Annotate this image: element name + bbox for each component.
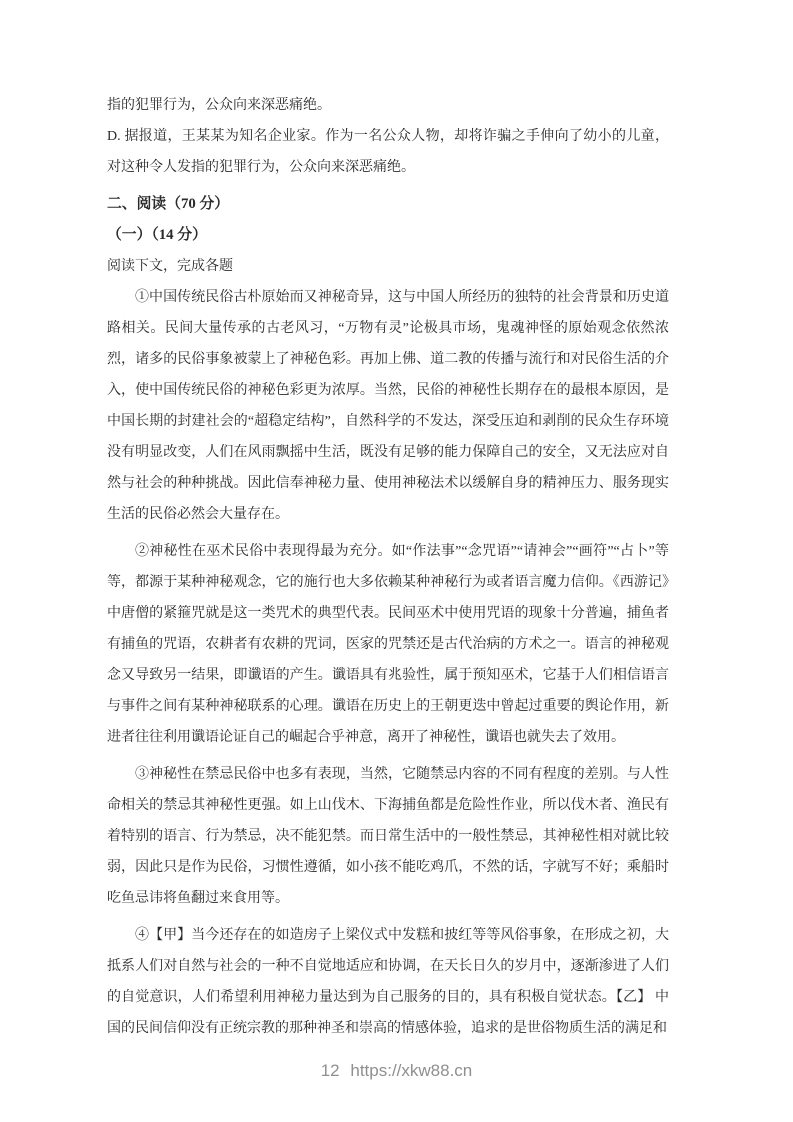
section-heading: 二、阅读（70 分） [107,189,669,220]
page-number: 12 [321,1061,340,1080]
reading-instruction: 阅读下文，完成各题 [107,251,669,282]
footer-url: https://xkw88.cn [350,1061,472,1080]
exam-content: 指的犯罪行为，公众向来深恶痛绝。 D. 据报道，王某某为知名企业家。作为一名公众… [107,90,669,1044]
passage-paragraph-4: ④【甲】当今还存在的如造房子上梁仪式中发糕和披红等等风俗事象，在形成之初，大抵系… [107,920,669,1044]
option-c-continuation: 指的犯罪行为，公众向来深恶痛绝。 [107,90,669,121]
passage-paragraph-1: ①中国传统民俗古朴原始而又神秘奇异，这与中国人所经历的独特的社会背景和历史道路相… [107,282,669,530]
option-d: D. 据报道，王某某为知名企业家。作为一名公众人物，却将诈骗之手伸向了幼小的儿童… [107,121,669,183]
document-page: 指的犯罪行为，公众向来深恶痛绝。 D. 据报道，王某某为知名企业家。作为一名公众… [0,0,793,1122]
subsection-heading: （一）（14 分） [107,220,669,251]
passage-paragraph-3: ③神秘性在禁忌民俗中也多有表现，当然，它随禁忌内容的不同有程度的差别。与人性命相… [107,759,669,914]
passage-paragraph-2: ②神秘性在巫术民俗中表现得最为充分。如“作法事”“念咒语”“请神会”“画符”“占… [107,536,669,753]
page-footer: 12 https://xkw88.cn [0,1061,793,1081]
